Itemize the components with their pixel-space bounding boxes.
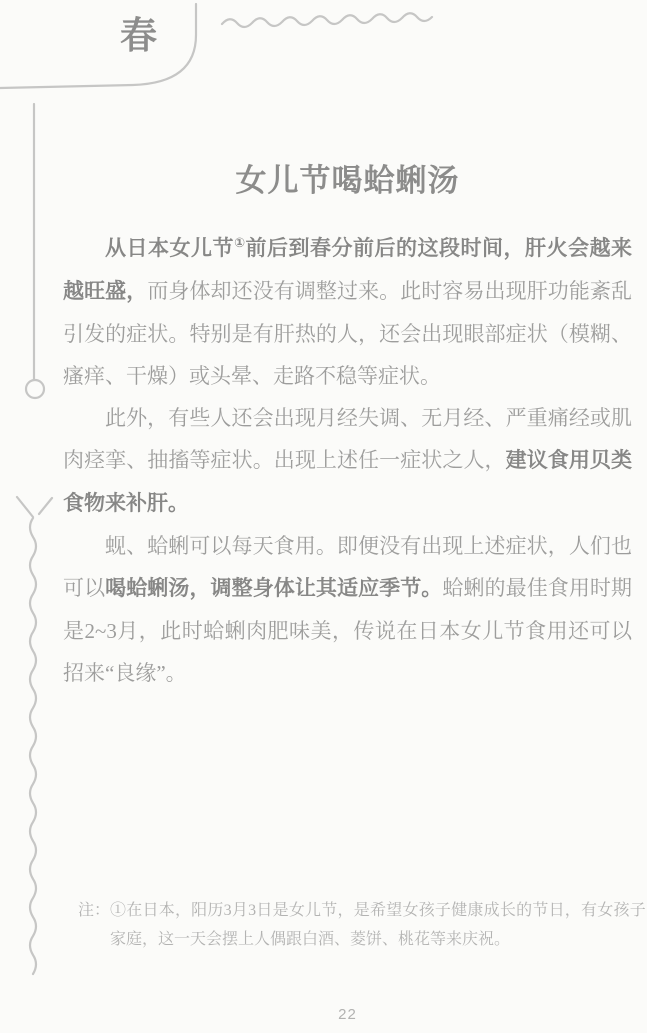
paragraph-1-text: 而身体却还没有调整过来。此时容易出现肝功能紊乱引发的症状。特别是有肝热的人，还会…	[63, 279, 632, 388]
fork-right-arm	[39, 498, 52, 514]
paragraph-3: 蚬、蛤蜊可以每天食用。即便没有出现上述症状，人们也可以喝蛤蜊汤，调整身体让其适应…	[63, 525, 632, 694]
tab-outline-line	[0, 4, 196, 88]
paragraph-3-bold: 喝蛤蜊汤，调整身体让其适应季节。	[105, 577, 442, 600]
season-tab-label: 春	[120, 16, 164, 56]
footnote-text: ①在日本，阳历3月3日是女儿节，是希望女孩子健康成长的节日，有女孩子的家庭，这一…	[110, 902, 647, 948]
pin-circle	[26, 380, 44, 398]
horizontal-wavy-line	[222, 13, 432, 27]
footnote: 注：①在日本，阳历3月3日是女儿节，是希望女孩子健康成长的节日，有女孩子的家庭，…	[78, 896, 647, 954]
footnote-label: 注：	[78, 896, 110, 925]
paragraph-2: 此外，有些人还会出现月经失调、无月经、严重痛经或肌肉痉挛、抽搐等症状。出现上述任…	[63, 397, 632, 525]
page-title: 女儿节喝蛤蜊汤	[63, 155, 632, 200]
fork-left-arm	[17, 497, 33, 517]
paragraph-1: 从日本女儿节①前后到春分前后的这段时间，肝火会越来越旺盛，而身体却还没有调整过来…	[63, 227, 632, 397]
book-page: 春 女儿节喝蛤蜊汤 从日本女儿节①前后到春分前后的这段时间，肝火会越来越旺盛，而…	[0, 0, 647, 1033]
paragraph-1-bold-lead: 从日本女儿节	[105, 237, 234, 260]
article-body: 从日本女儿节①前后到春分前后的这段时间，肝火会越来越旺盛，而身体却还没有调整过来…	[63, 227, 632, 694]
page-number: 22	[63, 1006, 632, 1023]
footnote-reference-mark: ①	[234, 235, 246, 250]
vertical-wavy-line	[30, 518, 36, 974]
